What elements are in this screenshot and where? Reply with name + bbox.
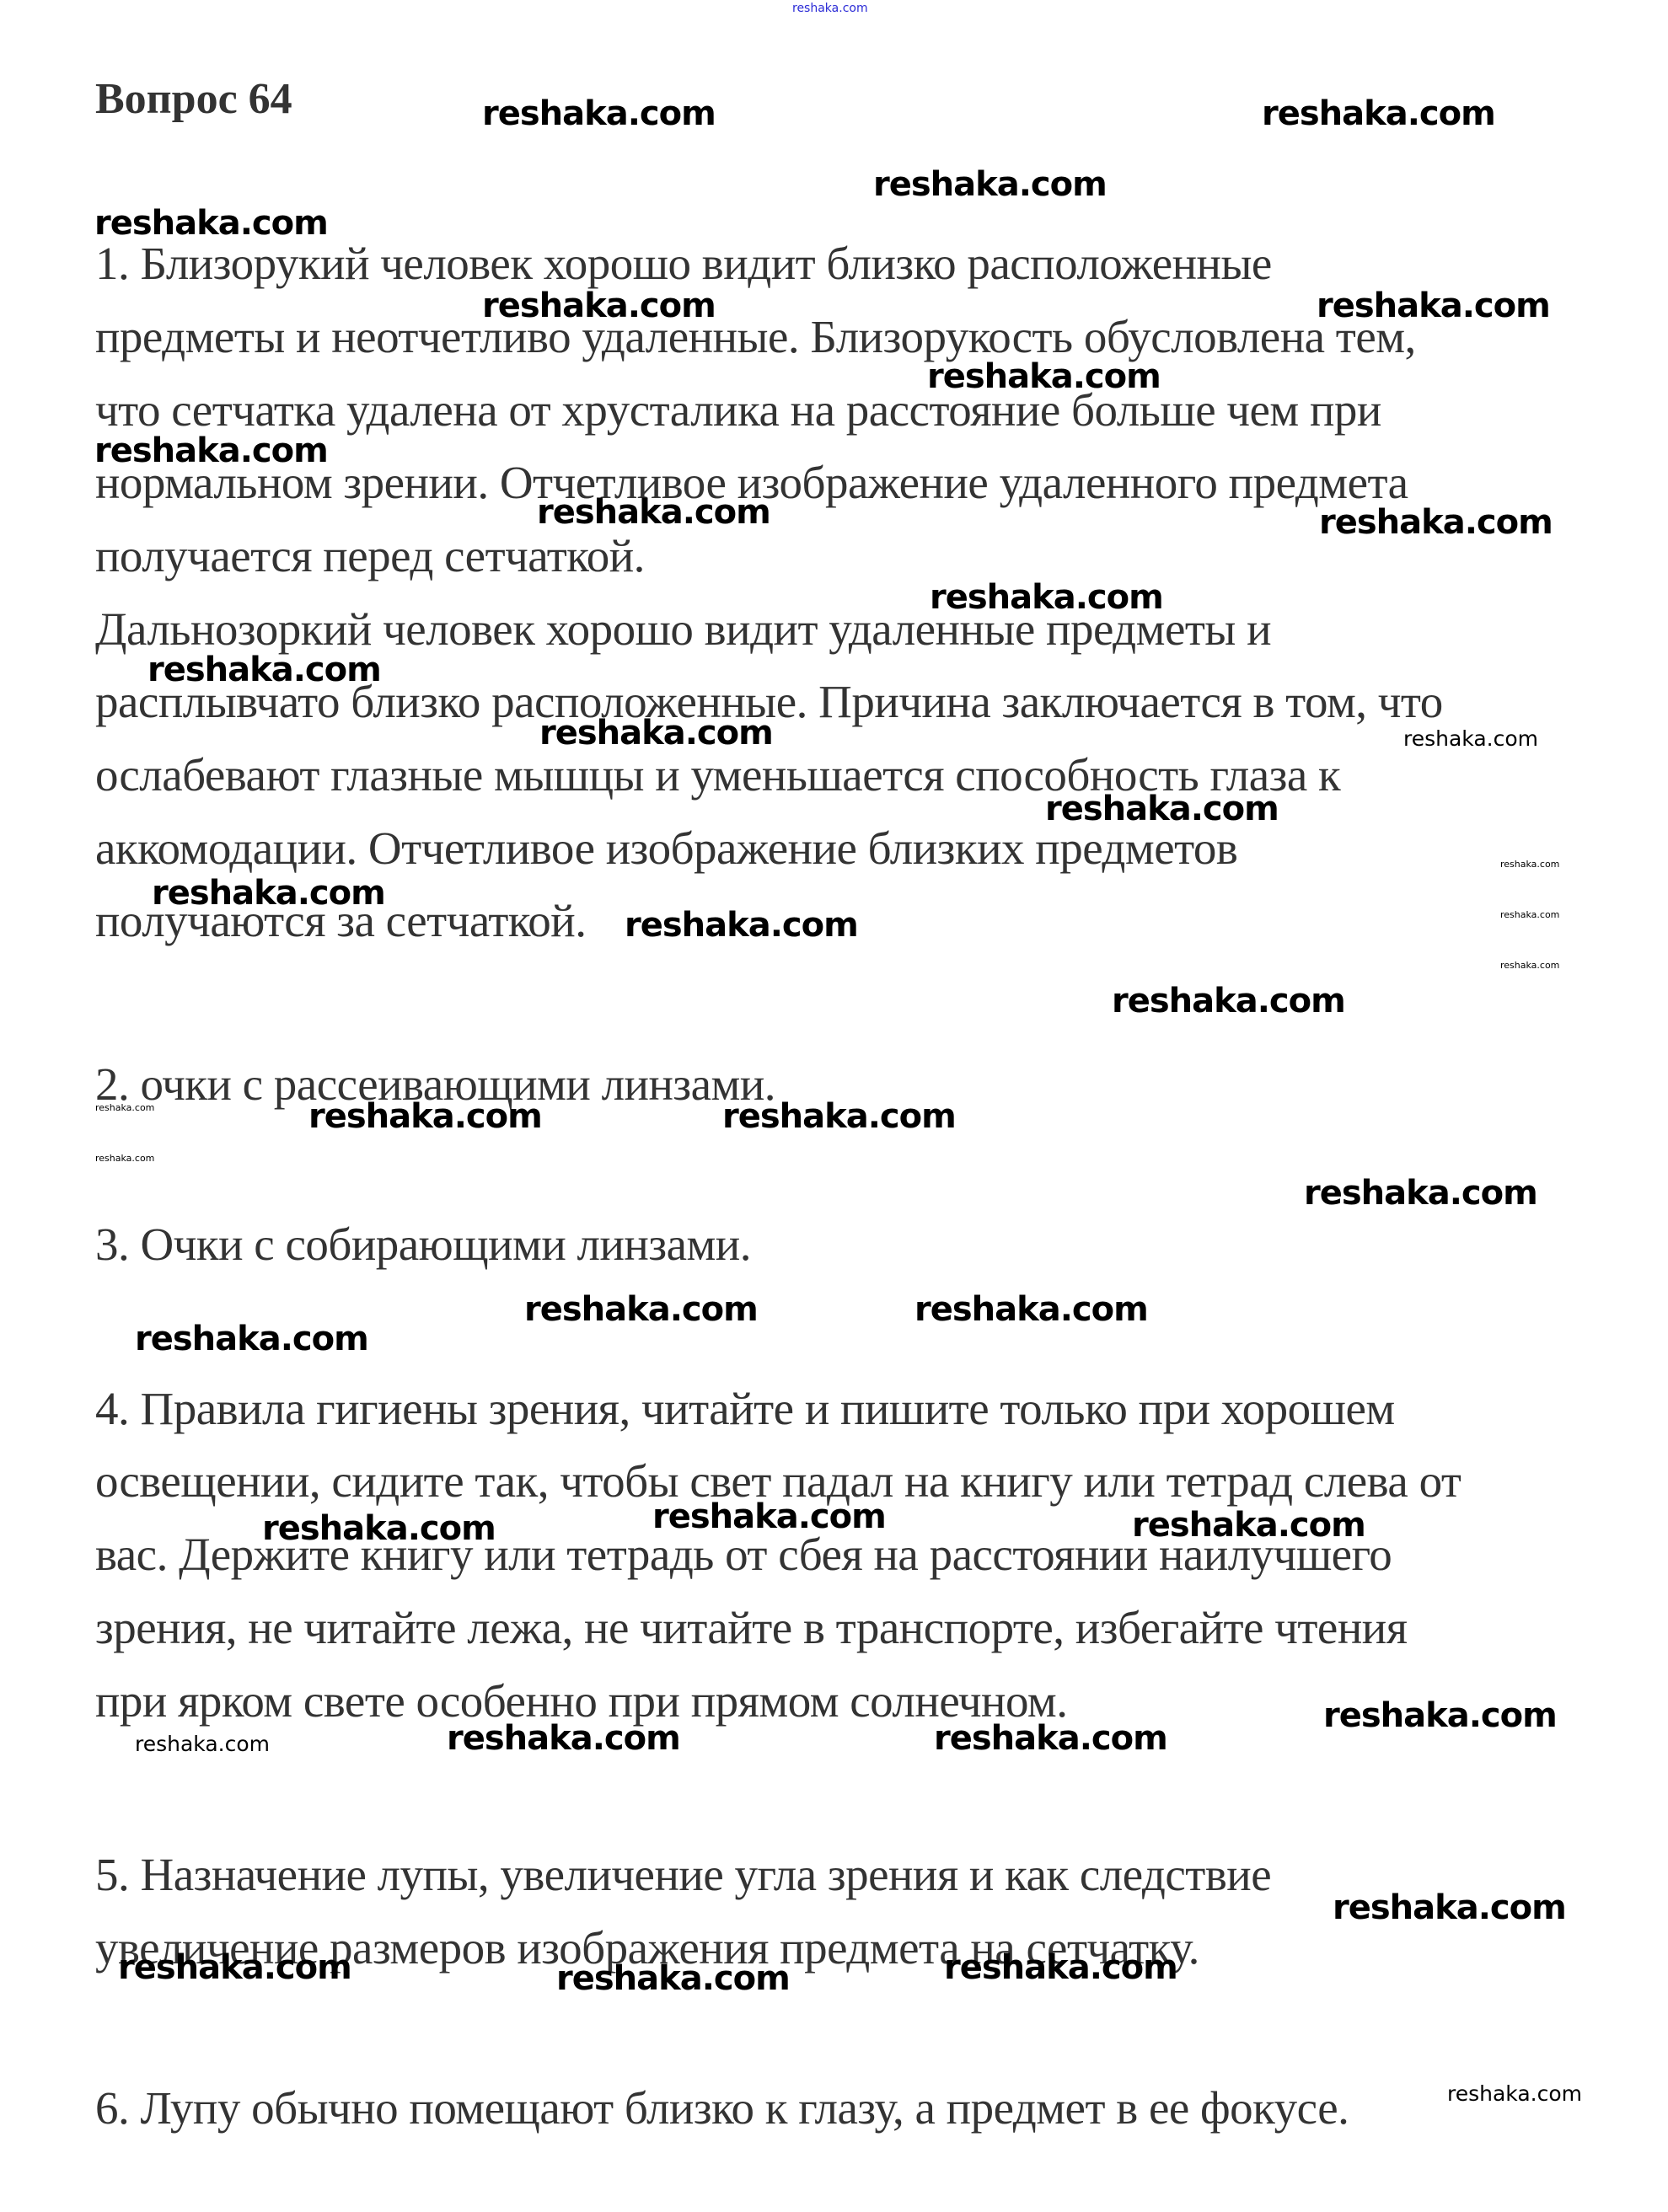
- answer-4-line: зрения, не читайте лежа, не читайте в тр…: [95, 1603, 1408, 1653]
- watermark-text: reshaka.com: [118, 1948, 351, 1987]
- watermark-text: reshaka.com: [1323, 1696, 1557, 1735]
- watermark-text: reshaka.com: [147, 651, 381, 689]
- watermark-text: reshaka.com: [152, 874, 385, 913]
- answer-6-line: 6. Лупу обычно помещают близко к глазу, …: [95, 2083, 1349, 2134]
- watermark-text: reshaka.com: [482, 287, 716, 325]
- watermark-text: reshaka.com: [1132, 1506, 1365, 1545]
- watermark-text: reshaka.com: [262, 1509, 496, 1548]
- watermark-text: reshaka.com: [873, 165, 1107, 204]
- watermark-text: reshaka.com: [1403, 726, 1538, 751]
- answer-1-line: аккомодации. Отчетливое изображение близ…: [95, 823, 1237, 874]
- watermark-text: reshaka.com: [1319, 503, 1553, 542]
- watermark-text: reshaka.com: [524, 1290, 758, 1329]
- answer-1-line: 1. Близорукий человек хорошо видит близк…: [95, 238, 1272, 289]
- watermark-text: reshaka.com: [135, 1320, 368, 1358]
- watermark-text: reshaka.com: [95, 1153, 154, 1164]
- watermark-text: reshaka.com: [1304, 1174, 1537, 1213]
- header-watermark[interactable]: reshaka.com: [792, 2, 868, 15]
- answer-1-line: предметы и неотчетливо удаленные. Близор…: [95, 312, 1416, 362]
- watermark-text: reshaka.com: [1112, 982, 1345, 1020]
- watermark-text: reshaka.com: [308, 1097, 542, 1136]
- watermark-text: reshaka.com: [135, 1732, 270, 1756]
- watermark-text: reshaka.com: [625, 906, 858, 945]
- watermark-text: reshaka.com: [1500, 909, 1559, 920]
- watermark-text: reshaka.com: [652, 1497, 886, 1536]
- answer-5-line: 5. Назначение лупы, увеличение угла зрен…: [95, 1850, 1271, 1900]
- watermark-text: reshaka.com: [1262, 94, 1495, 133]
- answer-3-line: 3. Очки с собирающими линзами.: [95, 1219, 751, 1270]
- watermark-text: reshaka.com: [1333, 1888, 1566, 1927]
- watermark-text: reshaka.com: [556, 1959, 790, 1998]
- watermark-text: reshaka.com: [482, 94, 716, 133]
- watermark-text: reshaka.com: [934, 1719, 1167, 1758]
- watermark-text: reshaka.com: [447, 1719, 680, 1758]
- watermark-text: reshaka.com: [537, 493, 770, 532]
- watermark-text: reshaka.com: [539, 714, 773, 753]
- watermark-text: reshaka.com: [1500, 859, 1559, 870]
- answer-1-line: что сетчатка удалена от хрусталика на ра…: [95, 385, 1381, 436]
- watermark-text: reshaka.com: [722, 1097, 956, 1136]
- page-title: Вопрос 64: [95, 74, 292, 124]
- answer-4-line: 4. Правила гигиены зрения, читайте и пиш…: [95, 1384, 1395, 1434]
- watermark-text: reshaka.com: [1317, 287, 1550, 325]
- answer-1-line: получается перед сетчаткой.: [95, 531, 645, 581]
- watermark-text: reshaka.com: [1447, 2081, 1582, 2106]
- watermark-text: reshaka.com: [914, 1290, 1148, 1329]
- watermark-text: reshaka.com: [944, 1948, 1177, 1987]
- watermark-text: reshaka.com: [94, 431, 328, 470]
- watermark-text: reshaka.com: [930, 578, 1163, 617]
- watermark-text: reshaka.com: [95, 1102, 154, 1113]
- watermark-text: reshaka.com: [94, 204, 328, 243]
- watermark-text: reshaka.com: [1500, 960, 1559, 971]
- watermark-text: reshaka.com: [1045, 790, 1279, 828]
- watermark-text: reshaka.com: [927, 357, 1161, 396]
